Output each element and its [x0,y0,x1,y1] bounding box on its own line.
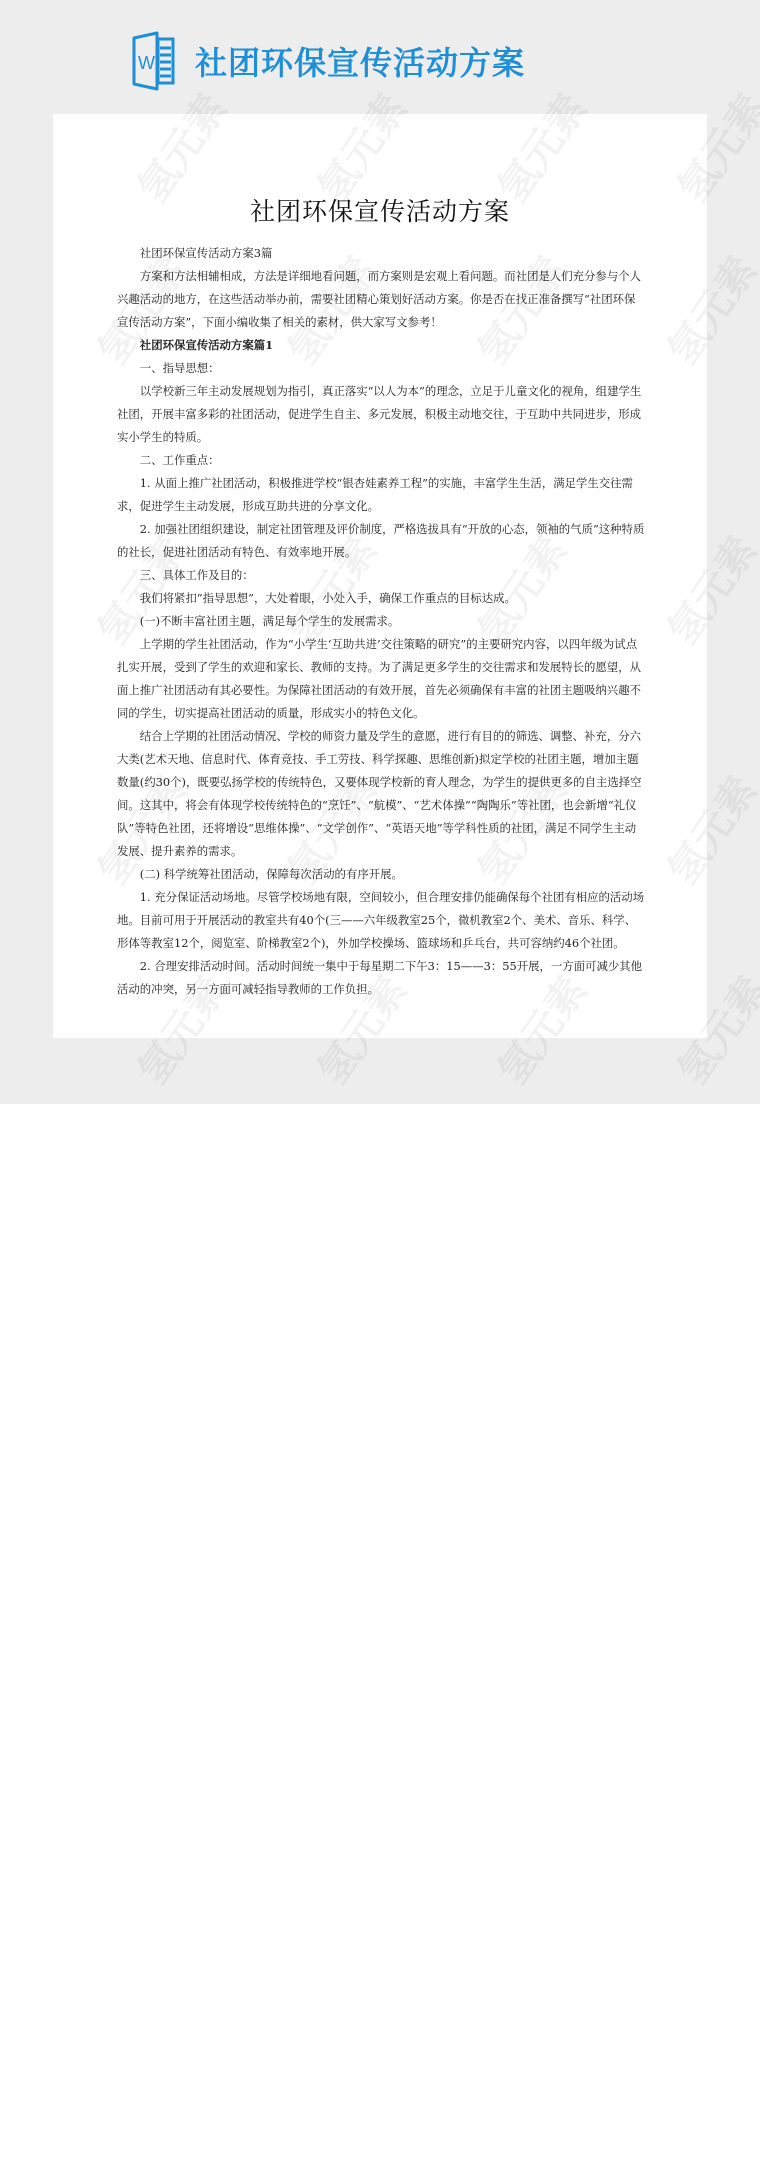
document-title: 社团环保宣传活动方案 [53,192,707,228]
paragraph: (二) 科学统筹社团活动，保障每次活动的有序开展。 [117,863,645,886]
svg-text:W: W [138,53,155,73]
paragraph: 方案和方法相辅相成，方法是详细地看问题，而方案则是宏观上看问题。而社团是人们充分… [117,265,645,334]
paragraph: 2. 加强社团组织建设，制定社团管理及评价制度，严格选拔具有“开放的心态，领袖的… [117,518,645,564]
paragraph: 我们将紧扣“指导思想”，大处着眼，小处入手，确保工作重点的目标达成。 [117,587,645,610]
paragraph: 三、具体工作及目的： [117,564,645,587]
paragraph: 结合上学期的社团活动情况、学校的师资力量及学生的意愿，进行有目的的筛选、调整、补… [117,725,645,863]
paragraph: 二、工作重点： [117,449,645,472]
header-background: W 社团环保宣传活动方案 社团环保宣传活动方案 社团环保宣传活动方案3篇方案和方… [0,0,760,1104]
paragraph: 以学校新三年主动发展规划为指引，真正落实“以人为本”的理念，立足于儿童文化的视角… [117,380,645,449]
banner-title: 社团环保宣传活动方案 [195,38,525,84]
word-document-icon: W [131,30,175,92]
paragraph: (一)不断丰富社团主题，满足每个学生的发展需求。 [117,610,645,633]
paragraph: 社团环保宣传活动方案3篇 [117,242,645,265]
paragraph: 2. 合理安排活动时间。活动时间统一集中于每星期二下午3：15——3：55开展，… [117,955,645,1001]
banner: W 社团环保宣传活动方案 [131,30,525,92]
document-page-1: 社团环保宣传活动方案 社团环保宣传活动方案3篇方案和方法相辅相成，方法是详细地看… [53,114,707,1038]
document-body-page-1: 社团环保宣传活动方案3篇方案和方法相辅相成，方法是详细地看问题，而方案则是宏观上… [53,228,707,1001]
paragraph: 1. 从面上推广社团活动，积极推进学校“银杏娃素养工程”的实施，丰富学生生活，满… [117,472,645,518]
paragraph: 社团环保宣传活动方案篇1 [117,334,645,357]
paragraph: 上学期的学生社团活动，作为“小学生‘互助共进’交往策略的研究”的主要研究内容，以… [117,633,645,725]
paragraph: 一、指导思想： [117,357,645,380]
paragraph: 1. 充分保证活动场地。尽管学校场地有限，空间较小，但合理安排仍能确保每个社团有… [117,886,645,955]
